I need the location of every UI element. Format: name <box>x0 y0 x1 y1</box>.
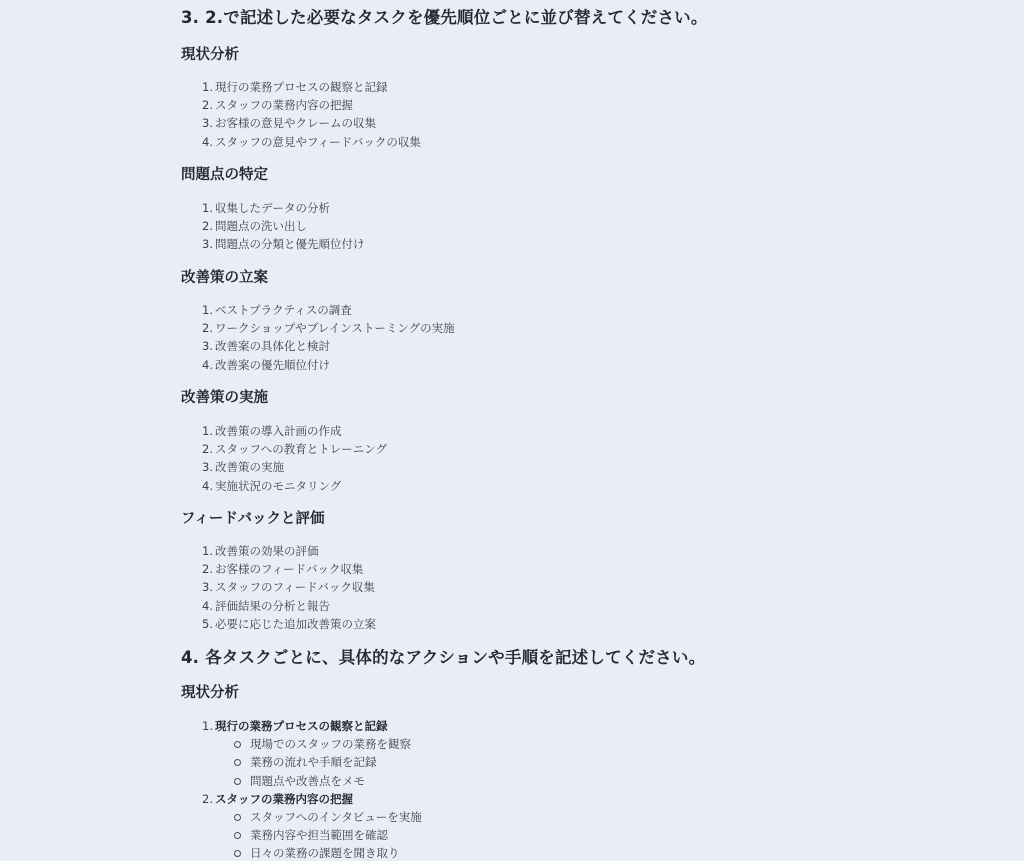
sub-list-item-text: 業務の流れや手順を記録 <box>250 753 377 771</box>
list-number: 4. <box>202 356 214 374</box>
list-number: 1. <box>202 78 214 96</box>
list-item-text: スタッフの意見やフィードバックの収集 <box>215 133 421 151</box>
list-item-text: 改善案の具体化と検討 <box>215 337 330 355</box>
list-item-text: 改善策の実施 <box>215 458 284 476</box>
list-item-text: 改善案の優先順位付け <box>215 356 330 374</box>
list-number: 4. <box>202 477 214 495</box>
list-number: 1. <box>202 542 214 560</box>
list-number: 2. <box>202 790 214 808</box>
list-item-text: ベストプラクティスの調査 <box>215 301 352 319</box>
list-item-text: 現行の業務プロセスの観察と記録 <box>215 717 388 735</box>
list-item-text: お客様の意見やクレームの収集 <box>215 114 376 132</box>
list-item-text: 改善策の導入計画の作成 <box>215 422 342 440</box>
sub-list-item-text: 問題点や改善点をメモ <box>250 772 365 790</box>
list-number: 3. <box>202 337 214 355</box>
section-heading-3: 3. 2.で記述した必要なタスクを優先順位ごとに並び替えてください。 <box>181 6 708 30</box>
list-number: 4. <box>202 597 214 615</box>
list-number: 3. <box>202 578 214 596</box>
list-number: 2. <box>202 319 214 337</box>
list-number: 2. <box>202 217 214 235</box>
list-number: 4. <box>202 133 214 151</box>
list-number: 1. <box>202 301 214 319</box>
list-number: 2. <box>202 560 214 578</box>
list-item-text: スタッフの業務内容の把握 <box>215 790 353 808</box>
list-item-text: 現行の業務プロセスの観察と記録 <box>215 78 388 96</box>
sub-list-item-text: 現場でのスタッフの業務を観察 <box>250 735 411 753</box>
list-item-text: スタッフへの教育とトレーニング <box>215 440 387 458</box>
list-item-text: お客様のフィードバック収集 <box>215 560 363 578</box>
list-number: 3. <box>202 235 214 253</box>
circle-bullet-icon <box>234 759 241 766</box>
group-heading-improvement-planning: 改善策の立案 <box>181 267 268 289</box>
list-item-text: 問題点の分類と優先順位付け <box>215 235 365 253</box>
section-heading-4: 4. 各タスクごとに、具体的なアクションや手順を記述してください。 <box>181 646 705 670</box>
list-number: 3. <box>202 458 214 476</box>
group-heading-feedback-evaluation: フィードバックと評価 <box>181 508 325 530</box>
list-item-text: ワークショップやブレインストーミングの実施 <box>215 319 455 337</box>
list-number: 1. <box>202 422 214 440</box>
list-number: 5. <box>202 615 214 633</box>
group-heading-improvement-execution: 改善策の実施 <box>181 387 268 409</box>
sub-list-item-text: 業務内容や担当範囲を確認 <box>250 826 388 844</box>
list-number: 3. <box>202 114 214 132</box>
list-item-text: 収集したデータの分析 <box>215 199 330 217</box>
circle-bullet-icon <box>234 832 241 839</box>
sub-list-item-text: 日々の業務の課題を聞き取り <box>250 844 400 861</box>
list-item-text: 必要に応じた追加改善策の立案 <box>215 615 376 633</box>
group-heading-problem-identification: 問題点の特定 <box>181 164 268 186</box>
list-item-text: 改善策の効果の評価 <box>215 542 319 560</box>
circle-bullet-icon <box>234 778 241 785</box>
list-item-text: 実施状況のモニタリング <box>215 477 341 495</box>
list-item-text: 評価結果の分析と報告 <box>215 597 330 615</box>
list-number: 2. <box>202 440 214 458</box>
circle-bullet-icon <box>234 850 241 857</box>
list-item-text: スタッフのフィードバック収集 <box>215 578 375 596</box>
list-number: 1. <box>202 717 214 735</box>
circle-bullet-icon <box>234 814 241 821</box>
circle-bullet-icon <box>234 741 241 748</box>
group-heading-current-analysis: 現状分析 <box>181 44 239 66</box>
list-item-text: スタッフの業務内容の把握 <box>215 96 353 114</box>
list-number: 1. <box>202 199 214 217</box>
list-number: 2. <box>202 96 214 114</box>
list-item-text: 問題点の洗い出し <box>215 217 307 235</box>
sub-list-item-text: スタッフへのインタビューを実施 <box>250 808 422 826</box>
group-heading-current-analysis-actions: 現状分析 <box>181 682 239 704</box>
